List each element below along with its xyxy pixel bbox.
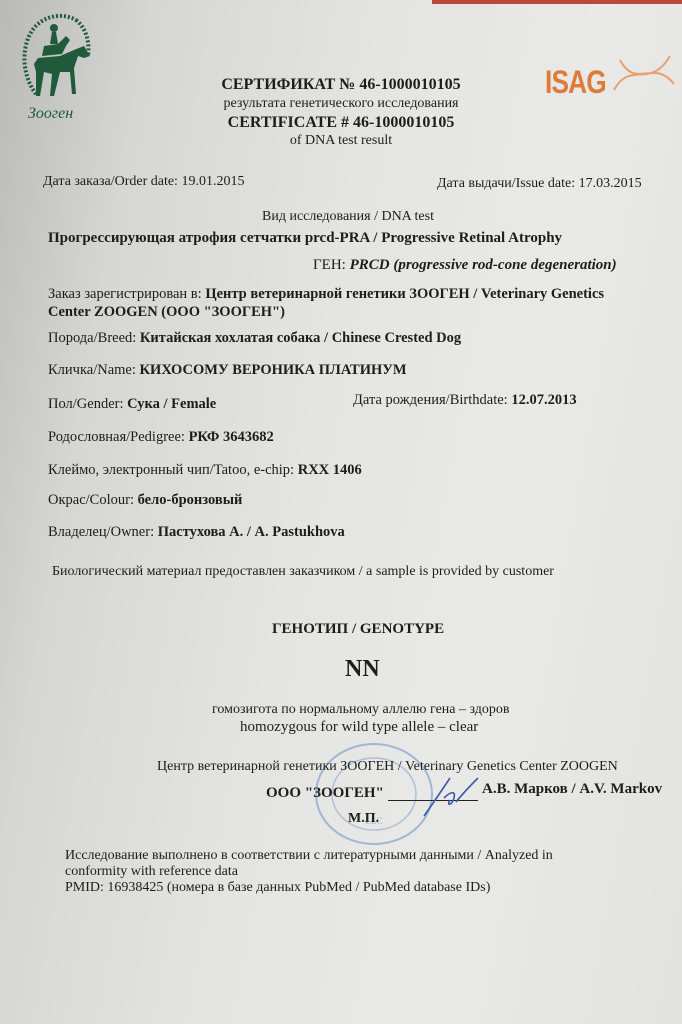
certificate-subtitle-en: of DNA test result [0,133,682,149]
genotype-desc-ru: гомозигота по нормальному аллелю гена – … [212,702,510,718]
colour-label: Окрас/Colour: [48,492,134,508]
certificate-subtitle-ru: результата генетического исследования [0,96,682,112]
field-registered-cont: Center ZOOGEN (ООО "ЗООГЕН") [48,304,285,321]
field-registered: Заказ зарегистрирован в: Центр ветеринар… [48,286,604,303]
chip-label: Клеймо, электронный чип/Tatoo, e-chip: [48,462,294,478]
pedigree-value: РКФ 3643682 [189,429,274,445]
footer-analyzed-cont: conformity with reference data [65,864,238,880]
field-gender: Пол/Gender: Сука / Female [48,396,216,413]
owner-label: Владелец/Owner: [48,524,154,540]
field-pedigree: Родословная/Pedigree: РКФ 3643682 [48,429,274,446]
owner-value: Пастухова А. / A. Pastukhova [158,524,345,540]
dna-test-name: Прогрессирующая атрофия сетчатки prcd-PR… [48,230,562,247]
field-birthdate: Дата рождения/Birthdate: 12.07.2013 [353,392,577,409]
birthdate-value: 12.07.2013 [511,392,576,408]
footer-pmid: PMID: 16938425 (номера в базе данных Pub… [65,880,490,896]
genotype-label: ГЕНОТИП / GENOTYPE [272,621,444,638]
issue-date-label: Дата выдачи/Issue date: [437,176,575,191]
sample-note: Биологический материал предоставлен зака… [52,564,554,580]
genotype-desc-en: homozygous for wild type allele – clear [240,719,478,736]
breed-label: Порода/Breed: [48,330,136,346]
red-edge [432,0,682,4]
registered-label: Заказ зарегистрирован в: [48,286,202,302]
signer-name: А.В. Марков / A.V. Markov [482,781,662,798]
issue-date-value: 17.03.2015 [579,176,642,191]
field-owner: Владелец/Owner: Пастухова А. / A. Pastuk… [48,524,345,541]
dna-test-label: Вид исследования / DNA test [262,209,434,225]
breed-value: Китайская хохлатая собака / Chinese Cres… [140,330,461,346]
field-name: Кличка/Name: КИХОСОМУ ВЕРОНИКА ПЛАТИНУМ [48,362,407,379]
certificate-page: Зооген ISAG СЕРТИФИКАТ № 46-1000010105 р… [0,0,682,1024]
issue-date: Дата выдачи/Issue date: 17.03.2015 [437,176,642,192]
birthdate-label: Дата рождения/Birthdate: [353,392,508,408]
field-breed: Порода/Breed: Китайская хохлатая собака … [48,330,461,347]
registered-value: Центр ветеринарной генетики ЗООГЕН / Vet… [205,286,604,302]
gene-label: ГЕН: [313,257,346,273]
gender-label: Пол/Gender: [48,396,124,412]
chip-value: RXX 1406 [298,462,362,478]
name-value: КИХОСОМУ ВЕРОНИКА ПЛАТИНУМ [140,362,407,378]
seal-label: М.П. [348,811,379,827]
colour-value: бело-бронзовый [138,492,243,508]
footer-analyzed: Исследование выполнено в соответствии с … [65,848,553,864]
gender-value: Сука / Female [127,396,216,412]
handwritten-signature-icon [420,772,480,822]
certificate-title-en: CERTIFICATE # 46-1000010105 [0,114,682,132]
field-colour: Окрас/Colour: бело-бронзовый [48,492,242,509]
pedigree-label: Родословная/Pedigree: [48,429,185,445]
signature-center: Центр ветеринарной генетики ЗООГЕН / Vet… [157,759,618,775]
gene-line: ГЕН: PRCD (progressive rod-cone degenera… [313,257,617,274]
signature-org: ООО "ЗООГЕН" [266,785,384,802]
name-label: Кличка/Name: [48,362,136,378]
order-date-label: Дата заказа/Order date: [43,174,178,189]
certificate-title-ru: СЕРТИФИКАТ № 46-1000010105 [0,76,682,94]
order-date-value: 19.01.2015 [181,174,244,189]
field-chip: Клеймо, электронный чип/Tatoo, e-chip: R… [48,462,362,479]
order-date: Дата заказа/Order date: 19.01.2015 [43,174,244,190]
gene-value: PRCD (progressive rod-cone degeneration) [350,257,617,273]
genotype-value: NN [345,656,380,683]
